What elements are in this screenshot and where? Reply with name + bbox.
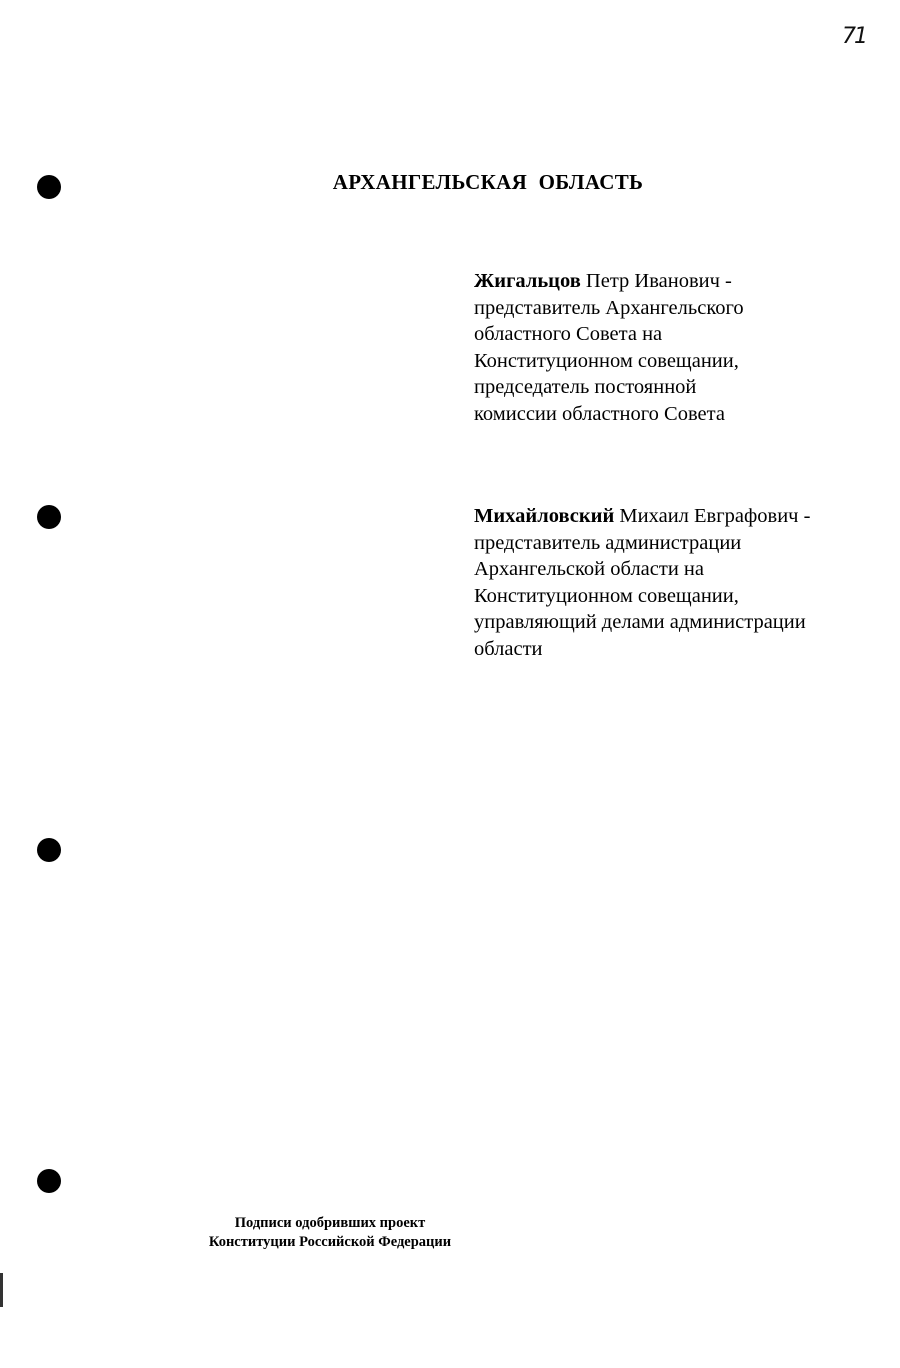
entry-given-name: Михаил Евграфович - (614, 505, 810, 527)
entry-line: Конституционном совещании, (474, 348, 854, 375)
region-title: АРХАНГЕЛЬСКАЯ ОБЛАСТЬ (0, 170, 900, 195)
scan-edge-mark (0, 1273, 3, 1307)
footer-line-2: Конституции Российской Федерации (180, 1233, 480, 1252)
footer-caption: Подписи одобривших проект Конституции Ро… (180, 1214, 480, 1252)
entry-line: представитель администрации (474, 530, 854, 557)
entry-given-name: Петр Иванович - (581, 270, 732, 292)
footer-line-1: Подписи одобривших проект (180, 1214, 480, 1233)
punch-hole-2 (37, 505, 61, 529)
entry-line: Архангельской области на (474, 556, 854, 583)
entry-line: комиссии областного Совета (474, 401, 854, 428)
entry-heading: Жигальцов Петр Иванович - (474, 268, 854, 295)
punch-hole-3 (37, 838, 61, 862)
entry-line: Конституционном совещании, (474, 583, 854, 610)
entry-line: представитель Архангельского (474, 295, 854, 322)
entry-mikhailovsky: Михайловский Михаил Евграфович - предста… (474, 503, 854, 662)
entry-heading: Михайловский Михаил Евграфович - (474, 503, 854, 530)
entry-line: областного Совета на (474, 321, 854, 348)
punch-hole-4 (37, 1169, 61, 1193)
entry-line: председатель постоянной (474, 374, 854, 401)
entry-surname: Жигальцов (474, 270, 581, 292)
handwritten-page-number: 71 (842, 24, 866, 49)
entry-line: области (474, 636, 854, 663)
entry-surname: Михайловский (474, 505, 614, 527)
entry-line: управляющий делами администрации (474, 609, 854, 636)
entry-zhigaltsov: Жигальцов Петр Иванович - представитель … (474, 268, 854, 427)
